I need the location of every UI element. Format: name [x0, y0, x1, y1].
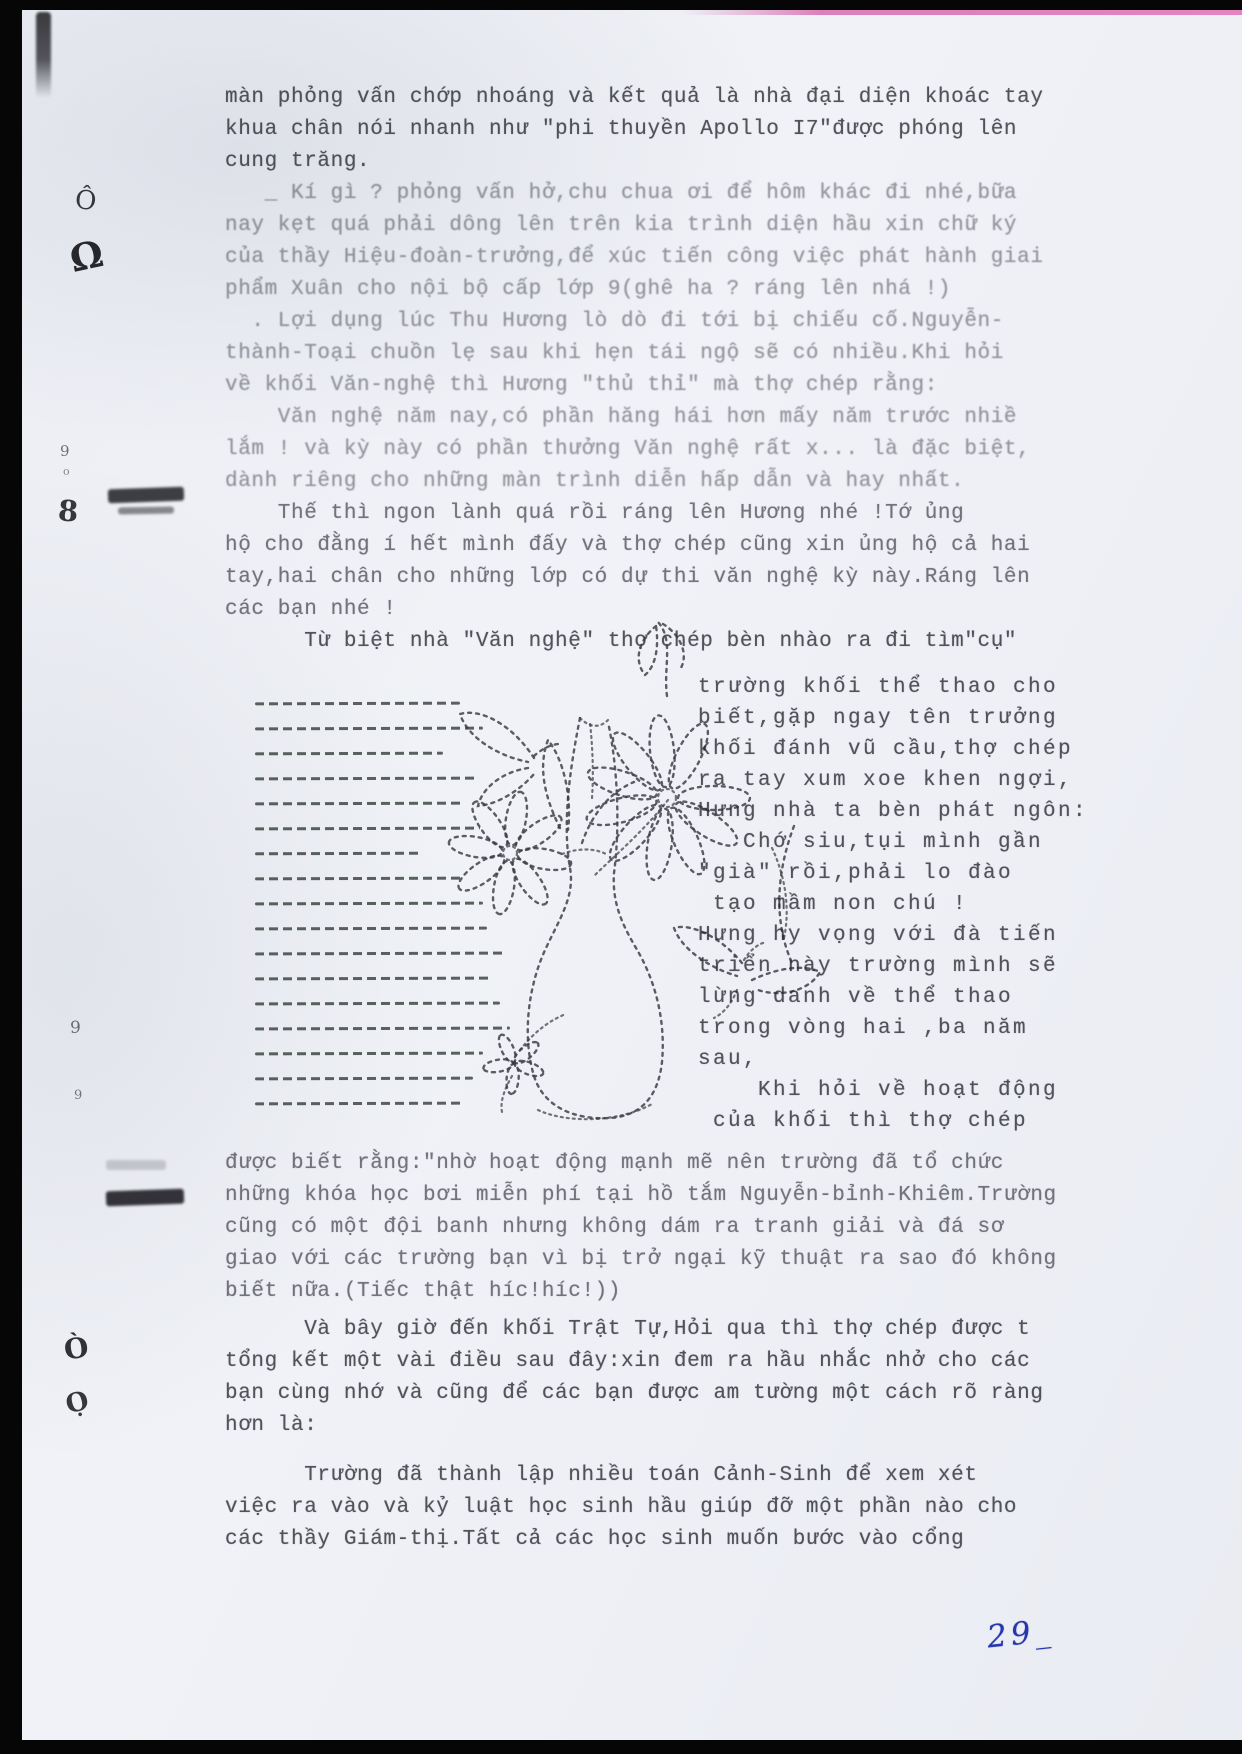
text-line: việc ra vào và kỷ luật học sinh hầu giúp…: [225, 1492, 1057, 1524]
ink-smudge: [118, 507, 174, 515]
ink-smudge: [106, 1160, 166, 1170]
text-line: các bạn nhé !: [225, 594, 1044, 626]
ruled-line: [255, 877, 463, 881]
ruled-line: [255, 927, 487, 931]
text-line: Thế thì ngon lành quá rồi ráng lên Hương…: [225, 498, 1044, 530]
text-line: Khi hỏi về hoạt động: [698, 1075, 1088, 1106]
paragraph: được biết rằng:"nhờ hoạt động mạnh mẽ nê…: [225, 1148, 1057, 1308]
ruled-line: [255, 1102, 463, 1106]
text-line: Hưng nhà ta bèn phát ngôn:: [698, 796, 1088, 827]
typed-text-lower: được biết rằng:"nhờ hoạt động mạnh mẽ nê…: [225, 1148, 1057, 1556]
ink-mark: Ọ: [63, 1386, 92, 1421]
ruled-line: [255, 1027, 510, 1031]
text-line: cũng có một đội banh nhưng không dám ra …: [225, 1212, 1057, 1244]
ink-mark: 9: [74, 1088, 82, 1103]
text-line: hơn là:: [225, 1410, 1057, 1442]
ink-mark: Ω: [66, 231, 107, 281]
text-line: nay kẹt quá phải dông lên trên kia trình…: [225, 210, 1044, 242]
ruled-line: [255, 802, 465, 806]
paragraph: Trường đã thành lập nhiều toán Cảnh-Sinh…: [225, 1460, 1057, 1556]
text-line: bạn cùng nhớ và cũng để các bạn được am …: [225, 1378, 1057, 1410]
text-line: Chớ siu,tụi mình gần: [698, 827, 1088, 858]
text-line: các thầy Giám-thị.Tất cả các học sinh mu…: [225, 1524, 1057, 1556]
paragraph: màn phỏng vấn chớp nhoáng và kết quả là …: [225, 82, 1044, 178]
paragraph: Và bây giờ đến khối Trật Tự,Hỏi qua thì …: [225, 1314, 1057, 1442]
ruled-line: [255, 827, 480, 831]
hand-ruled-lines: [255, 702, 510, 1127]
scan-artifact-pink-line: [681, 10, 1242, 15]
typed-text-upper: màn phỏng vấn chớp nhoáng và kết quả là …: [225, 82, 1044, 658]
ink-smudge: [106, 1189, 184, 1207]
ink-mark: Ô: [73, 185, 97, 217]
ink-smudge: [108, 487, 184, 504]
ink-mark: 8: [57, 493, 80, 528]
text-line: trường khối thể thao cho: [698, 672, 1088, 703]
ruled-line: [255, 702, 460, 706]
text-line: cung trăng.: [225, 146, 1044, 178]
ruled-line: [255, 1052, 483, 1056]
text-line: của thầy Hiệu-đoàn-trưởng,để xúc tiến cô…: [225, 242, 1044, 274]
handwritten-page-number: 29_: [985, 1613, 1055, 1656]
text-line: những khóa học bơi miễn phí tại hồ tắm N…: [225, 1180, 1057, 1212]
ruled-line: [255, 752, 443, 756]
text-line: khối đánh vũ cầu,thợ chép: [698, 734, 1088, 765]
ruled-line: [255, 902, 483, 906]
text-line: sau,: [698, 1044, 1088, 1075]
ruled-line: [255, 777, 478, 781]
text-line: triển này trường mình sẽ: [698, 951, 1088, 982]
ink-mark: o: [63, 465, 70, 478]
ruled-line: [255, 727, 483, 731]
text-line: màn phỏng vấn chớp nhoáng và kết quả là …: [225, 82, 1044, 114]
document-page: màn phỏng vấn chớp nhoáng và kết quả là …: [22, 10, 1242, 1740]
text-line: thành-Toại chuồn lẹ sau khi hẹn tái ngộ …: [225, 338, 1044, 370]
ruled-line: [255, 1002, 500, 1006]
text-line: trong vòng hai ,ba năm: [698, 1013, 1088, 1044]
paragraph: Thế thì ngon lành quá rồi ráng lên Hương…: [225, 498, 1044, 626]
text-line: phẩm Xuân cho nội bộ cấp lớp 9(ghê ha ? …: [225, 274, 1044, 306]
text-line: biết,gặp ngay tên trưởng: [698, 703, 1088, 734]
text-line: tạo mầm non chú !: [698, 889, 1088, 920]
paragraph: . Lợi dụng lúc Thu Hương lò dò đi tới bị…: [225, 306, 1044, 498]
text-line: giao với các trường bạn vì bị trở ngại k…: [225, 1244, 1057, 1276]
text-line: "già" rồi,phải lo đào: [698, 858, 1088, 889]
text-line: về khối Văn-nghệ thì Hương "thủ thỉ" mà …: [225, 370, 1044, 402]
text-line: biết nữa.(Tiếc thật híc!híc!)): [225, 1276, 1057, 1308]
text-line: được biết rằng:"nhờ hoạt động mạnh mẽ nê…: [225, 1148, 1057, 1180]
text-line: Hưng hy vọng với đà tiến: [698, 920, 1088, 951]
text-line: Từ biệt nhà "Văn nghệ" thợ chép bèn nhào…: [225, 626, 1044, 658]
text-line: tay,hai chân cho những lớp có dự thi văn…: [225, 562, 1044, 594]
text-line: . Lợi dụng lúc Thu Hương lò dò đi tới bị…: [225, 306, 1044, 338]
text-line: của khối thì thợ chép: [698, 1106, 1088, 1137]
scanned-document: { "document": { "kind": "scanned typewri…: [0, 0, 1242, 1754]
text-line: khua chân nói nhanh như "phi thuyền Apol…: [225, 114, 1044, 146]
text-line: lừng danh về thể thao: [698, 982, 1088, 1013]
ruled-line: [255, 852, 423, 856]
text-line: ra tay xum xoe khen ngợi,: [698, 765, 1088, 796]
ink-mark: Ò: [62, 1330, 91, 1366]
text-line: hộ cho đằng í hết mình đấy và thợ chép c…: [225, 530, 1044, 562]
text-line: Trường đã thành lập nhiều toán Cảnh-Sinh…: [225, 1460, 1057, 1492]
text-line: _ Kí gì ? phỏng vấn hở,chu chua ơi để hô…: [225, 178, 1044, 210]
text-line: tổng kết một vài điều sau đây:xin đem ra…: [225, 1346, 1057, 1378]
ink-mark: 9: [70, 1018, 81, 1038]
paragraph: _ Kí gì ? phỏng vấn hở,chu chua ơi để hô…: [225, 178, 1044, 306]
text-line: dành riêng cho những màn trình diễn hấp …: [225, 466, 1044, 498]
ruled-line: [255, 1077, 473, 1081]
typed-text-right-column: trường khối thể thao chobiết,gặp ngay tê…: [698, 672, 1088, 1137]
ink-mark: 9: [60, 442, 70, 460]
paragraph: Từ biệt nhà "Văn nghệ" thợ chép bèn nhào…: [225, 626, 1044, 658]
ruled-line: [255, 977, 493, 981]
text-line: Văn nghệ năm nay,có phần hăng hái hơn mấ…: [225, 402, 1044, 434]
scan-corner-smudge: [36, 12, 51, 98]
ruled-line: [255, 952, 507, 956]
text-line: lắm ! và kỳ này có phần thưởng Văn nghệ …: [225, 434, 1044, 466]
text-line: Và bây giờ đến khối Trật Tự,Hỏi qua thì …: [225, 1314, 1057, 1346]
